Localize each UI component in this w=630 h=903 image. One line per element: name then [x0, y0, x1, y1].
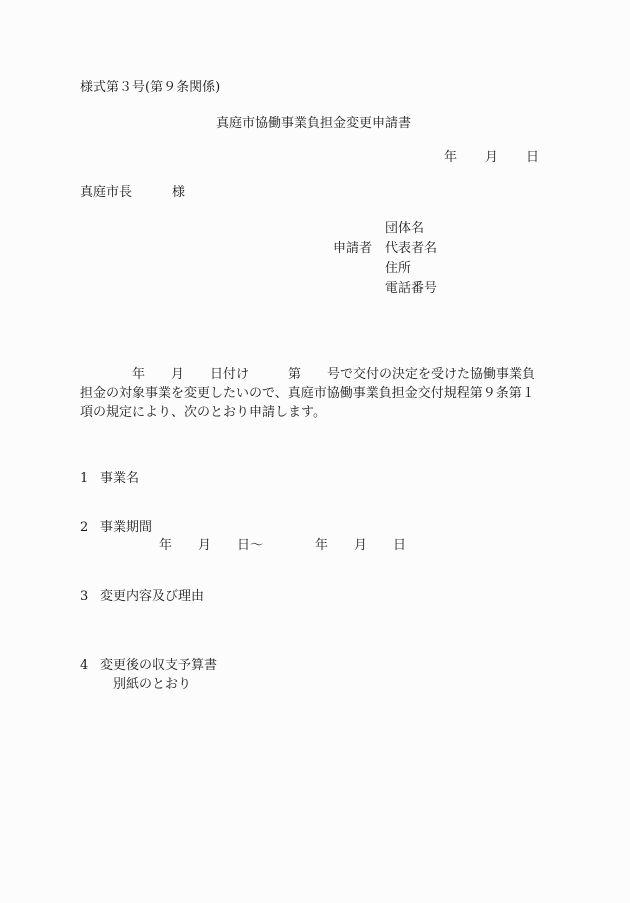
item-label: 変更内容及び理由 [100, 589, 204, 605]
applicant-field-address: 住所 [385, 261, 411, 277]
date-month: 月 [485, 150, 498, 166]
document-page: 様式第３号(第９条関係) 真庭市協働事業負担金変更申請書 年 月 日 真庭市長 … [0, 0, 630, 903]
item-label: 事業期間 [100, 520, 152, 536]
addressee-honorific: 様 [172, 185, 185, 201]
item-number: 3 [80, 589, 88, 605]
applicant-label: 申請者 [333, 241, 372, 257]
document-title: 真庭市協働事業負担金変更申請書 [216, 116, 411, 132]
item-number: 4 [80, 658, 88, 674]
date-year: 年 [444, 150, 457, 166]
body-line-2: 担金の対象事業を変更したいので、真庭市協働事業負担金交付規程第９条第１ [80, 384, 550, 403]
addressee-name: 真庭市長 [80, 185, 132, 201]
applicant-field-organization: 団体名 [385, 221, 424, 237]
body-paragraph: 年 月 日付け 第 号で交付の決定を受けた協働事業負 担金の対象事業を変更したい… [80, 365, 550, 422]
item-label: 変更後の収支予算書 [100, 658, 217, 674]
form-number: 様式第３号(第９条関係) [80, 80, 220, 96]
applicant-field-representative: 代表者名 [385, 241, 437, 257]
item-label: 事業名 [100, 471, 139, 487]
item-detail: 別紙のとおり [113, 677, 191, 693]
body-line-3: 項の規定により、次のとおり申請します。 [80, 403, 550, 422]
item-number: 2 [80, 520, 88, 536]
business-period-range: 年 月 日～ 年 月 日 [159, 538, 406, 554]
item-number: 1 [80, 471, 88, 487]
body-line-1: 年 月 日付け 第 号で交付の決定を受けた協働事業負 [80, 365, 550, 384]
date-day: 日 [526, 150, 539, 166]
applicant-field-phone: 電話番号 [385, 281, 437, 297]
